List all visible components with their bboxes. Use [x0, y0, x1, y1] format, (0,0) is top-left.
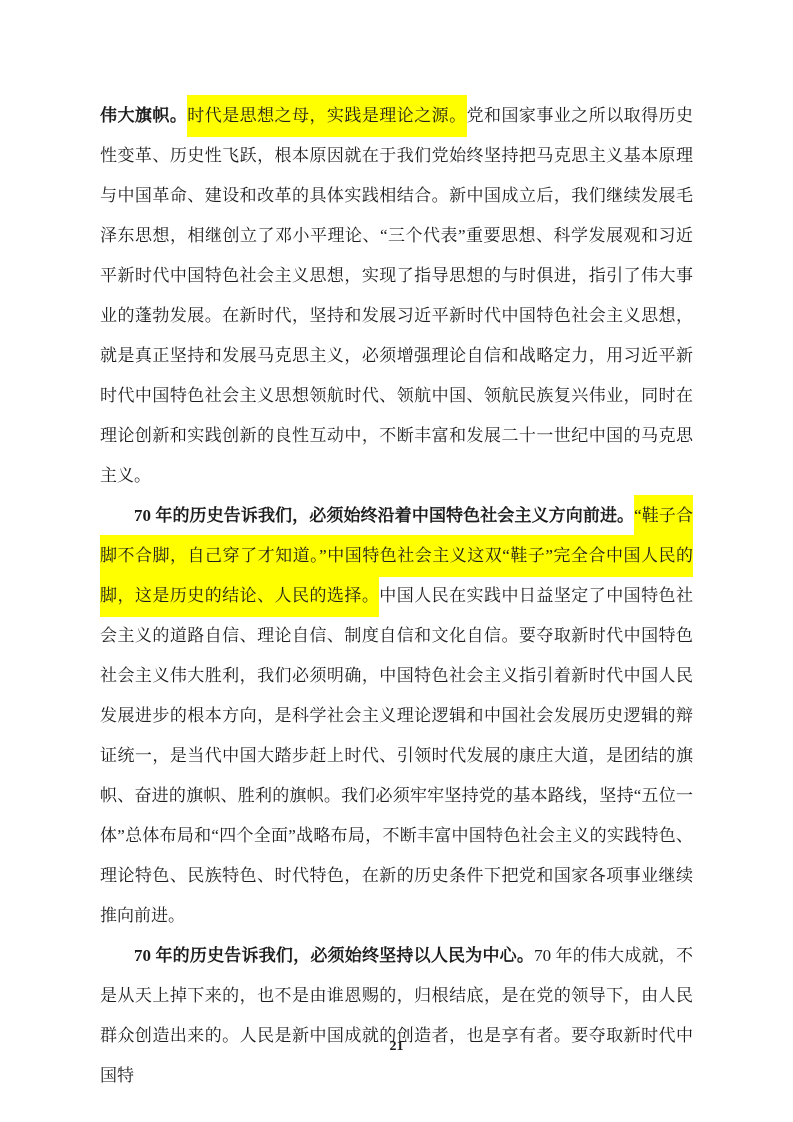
paragraph-socialism-direction: 70 年的历史告诉我们，必须始终沿着中国特色社会主义方向前进。“鞋子合脚不合脚，… — [100, 496, 693, 936]
bold-run: 70 年的历史告诉我们，必须始终坚持以人民为中心。 — [134, 946, 534, 965]
text-run: 中国人民在实践中日益坚定了中国特色社会主义的道路自信、理论自信、制度自信和文化自… — [100, 586, 693, 925]
highlighted-run: 时代是思想之母，实践是理论之源。 — [187, 95, 466, 137]
page-number: 21 — [0, 1039, 793, 1055]
text-run: 党和国家事业之所以取得历史性变革、历史性飞跃，根本原因就在于我们党始终坚持把马克… — [100, 106, 693, 485]
bold-run: 伟大旗帜。 — [100, 106, 187, 125]
document-page: 伟大旗帜。时代是思想之母，实践是理论之源。党和国家事业之所以取得历史性变革、历史… — [0, 0, 793, 1122]
text-run: 70 年的伟大成就，不是从天上掉下来的，也不是由谁恩赐的，归根结底，是在党的领导… — [100, 946, 693, 1085]
bold-run: 70 年的历史告诉我们，必须始终沿着中国特色社会主义方向前进。 — [134, 506, 634, 525]
document-body: 伟大旗帜。时代是思想之母，实践是理论之源。党和国家事业之所以取得历史性变革、历史… — [100, 96, 693, 1096]
paragraph-great-banner: 伟大旗帜。时代是思想之母，实践是理论之源。党和国家事业之所以取得历史性变革、历史… — [100, 96, 693, 496]
paragraph-people-centered: 70 年的历史告诉我们，必须始终坚持以人民为中心。70 年的伟大成就，不是从天上… — [100, 936, 693, 1096]
